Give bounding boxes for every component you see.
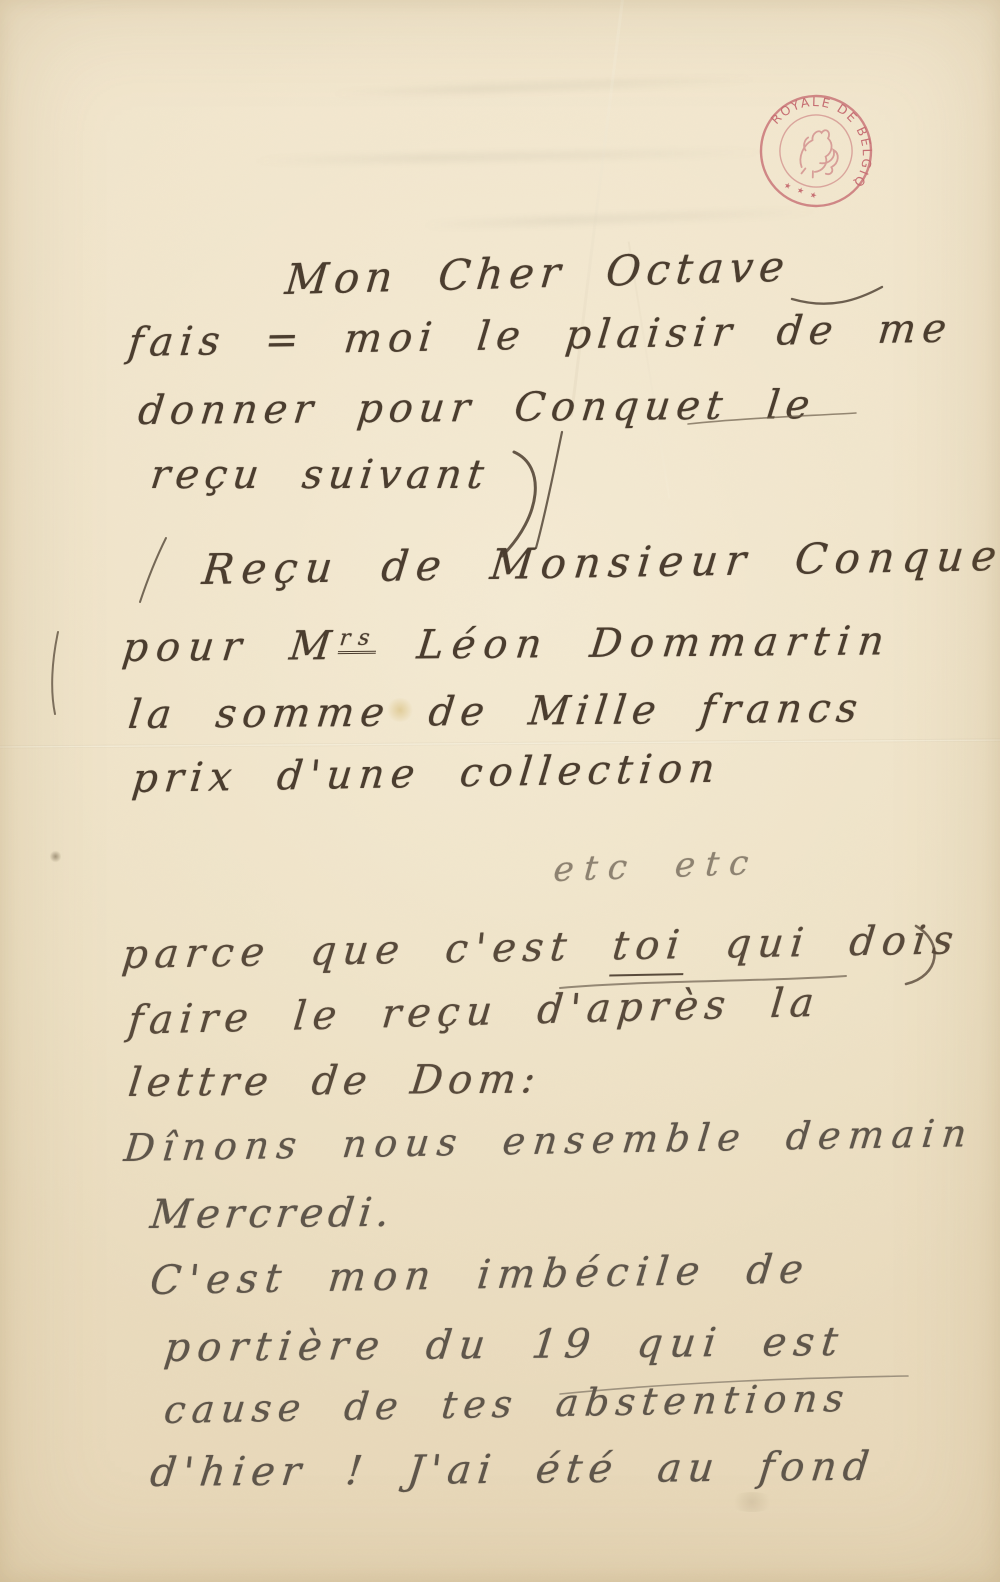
svg-text:ROYALE DE BELGIQUE: ROYALE DE BELGIQUE — [747, 73, 893, 192]
handwritten-line: Mon Cher Octave — [283, 242, 792, 304]
margin-vertical-stroke — [52, 632, 58, 714]
suivant-upstroke — [536, 432, 562, 548]
handwritten-line: reçu suivant — [148, 452, 492, 498]
handwritten-line: la somme de Mille francs — [126, 686, 866, 738]
handwritten-line: etc etc — [552, 843, 760, 890]
handwritten-line: prix d'une collection — [130, 746, 723, 802]
superscript-abbreviation: rs — [338, 625, 379, 653]
handwritten-line: Dînons nous ensemble demain — [122, 1111, 976, 1170]
fold-crease — [0, 739, 1000, 749]
handwritten-line: Mercredi. — [148, 1190, 397, 1238]
library-stamp: ROYALE DE BELGIQUE ★ ★ ★ — [739, 73, 893, 229]
handwritten-line: donner pour Conquet le — [136, 382, 818, 434]
handwritten-line: d'hier ! J'ai été au fond — [148, 1444, 878, 1496]
stamp-ring-text: ROYALE DE BELGIQUE — [747, 73, 893, 192]
paper-smudge — [728, 1492, 776, 1512]
ink-showthrough — [330, 74, 760, 98]
ink-showthrough — [420, 207, 820, 230]
lion-emblem-icon — [794, 125, 845, 184]
line-text: qui dois — [684, 917, 963, 968]
line-text: parce que c'est — [120, 923, 615, 978]
handwritten-line: faire le reçu d'après la — [126, 980, 822, 1044]
handwritten-line: parce que c'est toi qui dois — [120, 917, 962, 978]
handwritten-line: cause de tes abstentions — [162, 1376, 852, 1432]
handwritten-line: lettre de Dom: — [126, 1056, 543, 1106]
handwritten-line: Reçu de Monsieur Conquet — [200, 530, 1000, 594]
margin-slash-stroke — [140, 538, 166, 602]
stamp-graphic: ROYALE DE BELGIQUE ★ ★ ★ — [739, 73, 893, 229]
handwritten-line: C'est mon imbécile de — [148, 1246, 813, 1304]
underlined-word: toi — [610, 922, 689, 976]
letter-scan: ROYALE DE BELGIQUE ★ ★ ★ Mon Cher Octave… — [0, 0, 1000, 1582]
salutation-tail-stroke — [792, 287, 882, 304]
handwritten-line: portière du 19 qui est — [162, 1319, 847, 1371]
handwritten-line: fais = moi le plaisir de me — [126, 306, 955, 366]
handwritten-line: pour Mrs Léon Dommartin — [120, 618, 894, 671]
line-text: pour M — [120, 623, 341, 671]
ink-showthrough — [250, 147, 770, 165]
paper-speck — [50, 850, 61, 863]
line-text: Léon Dommartin — [374, 618, 894, 669]
